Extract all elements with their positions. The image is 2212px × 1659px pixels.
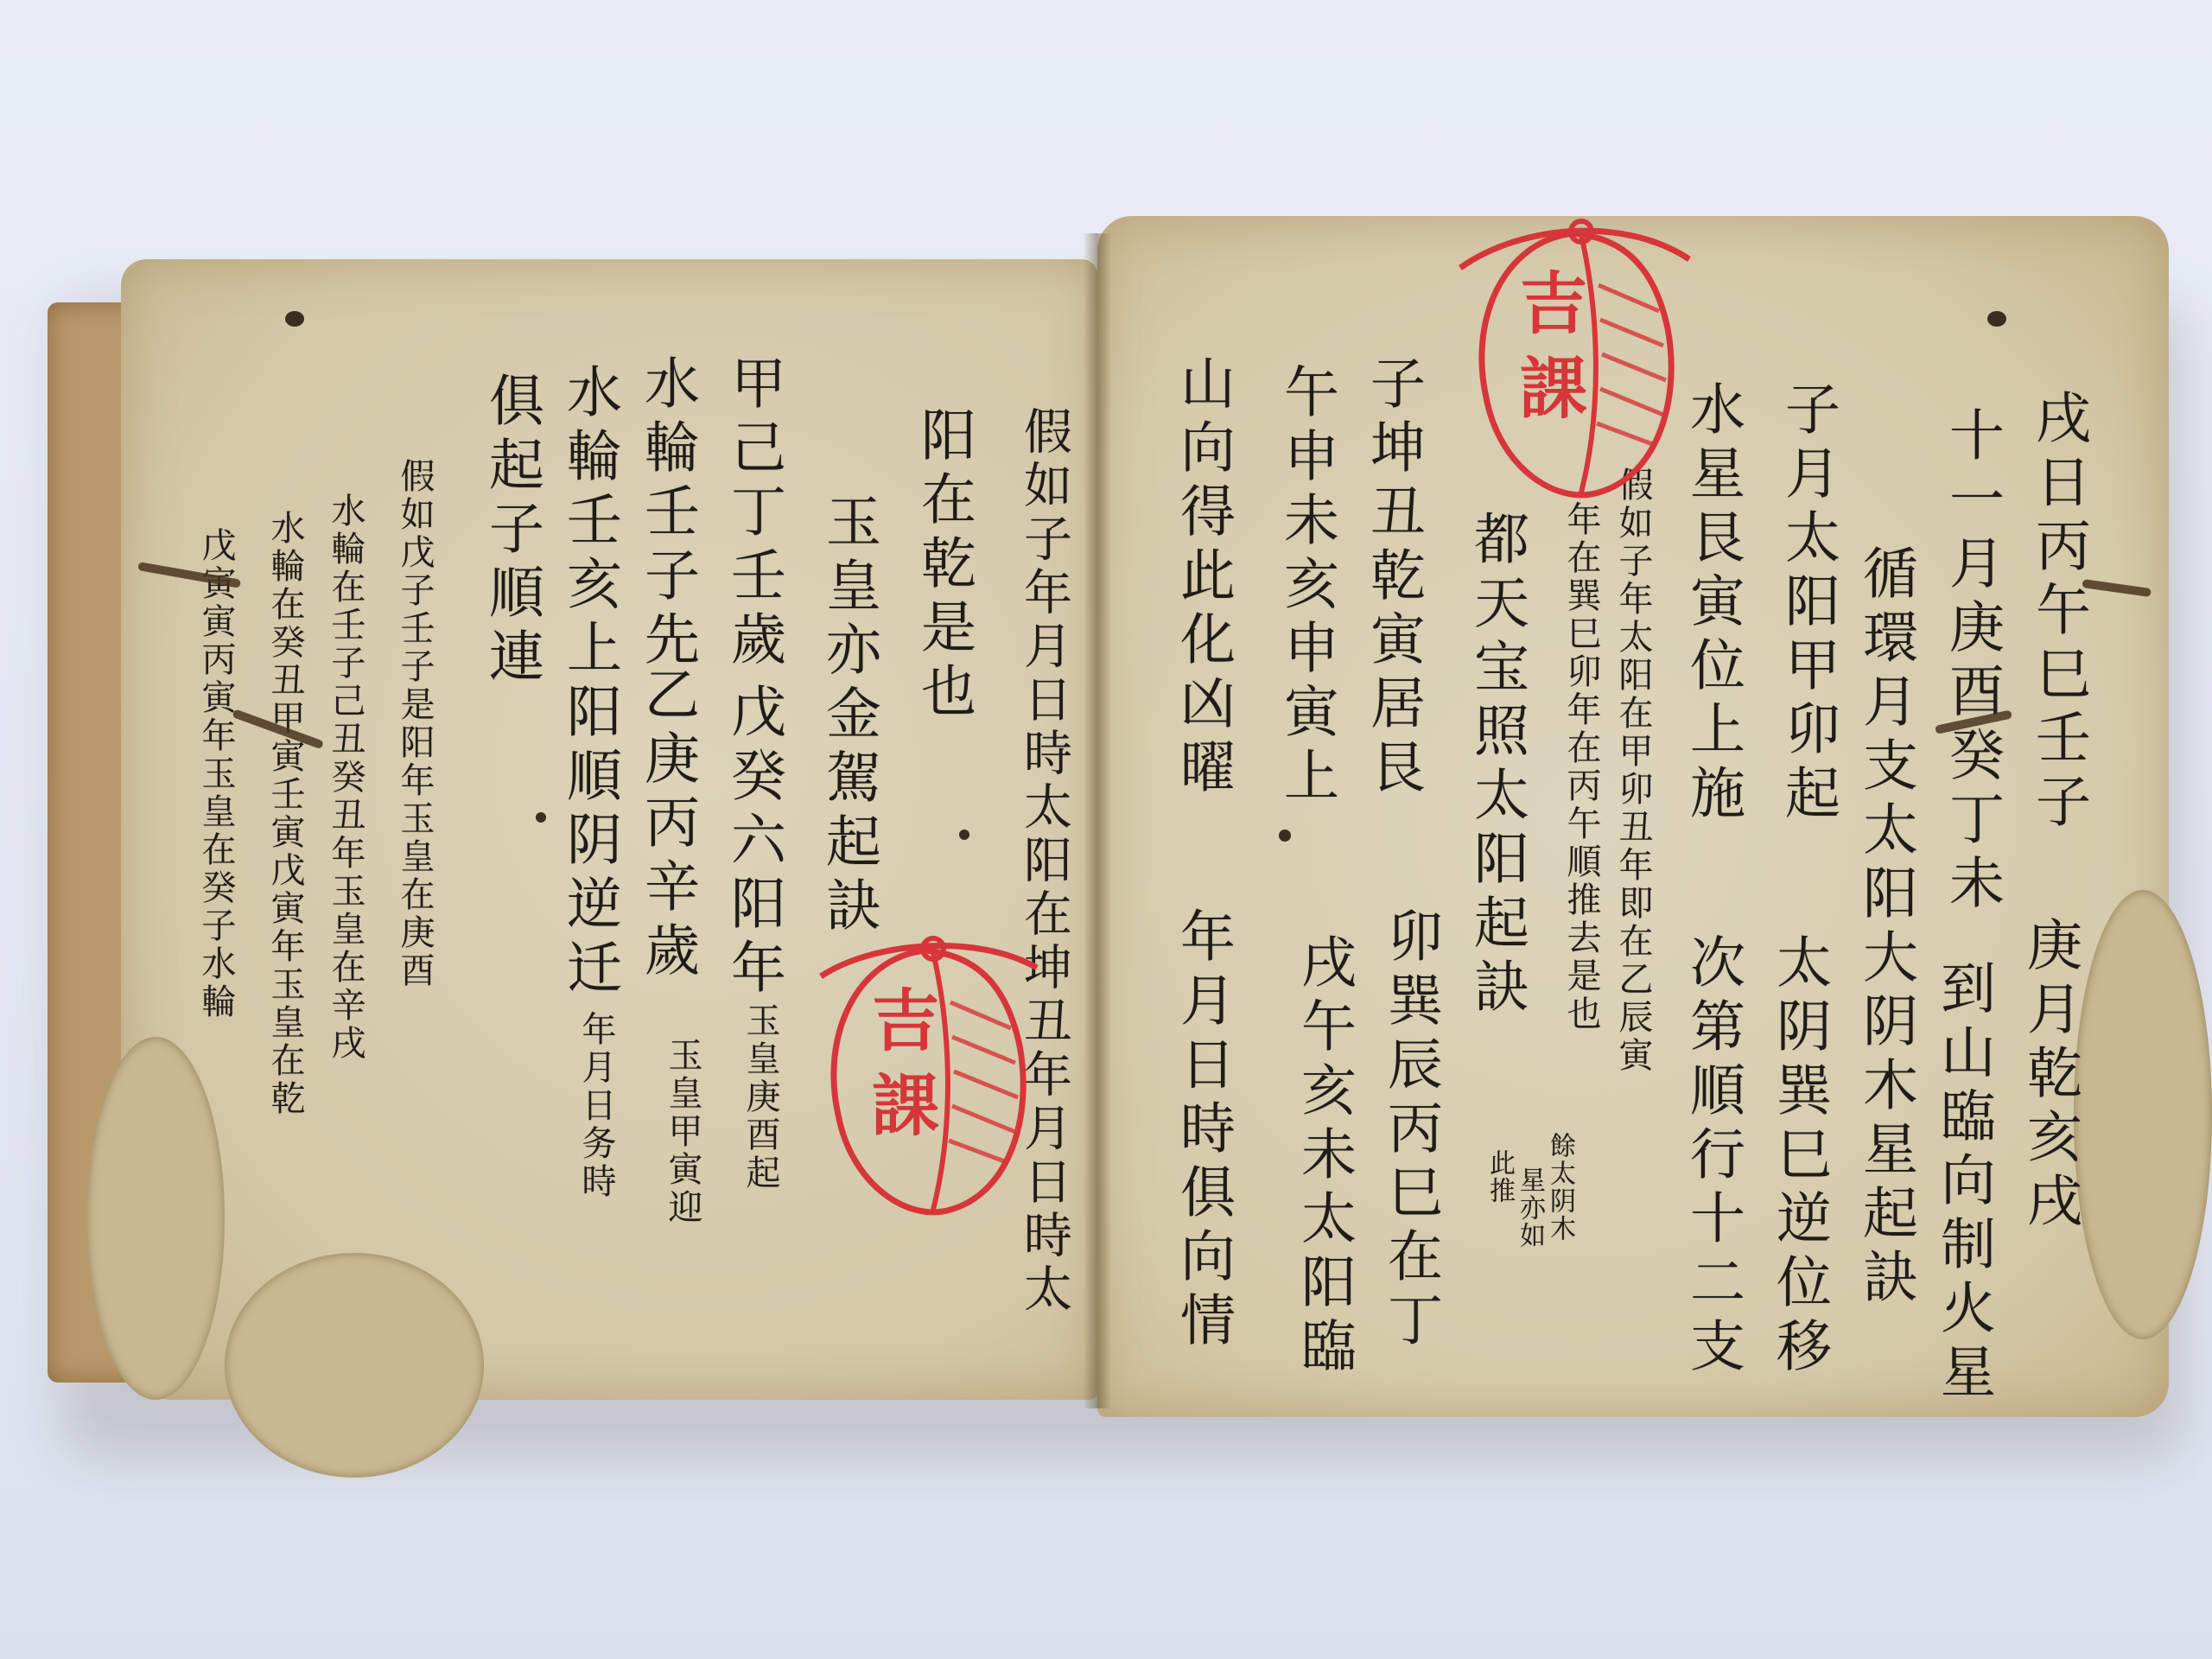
text-column: 戊寅寅丙寅年玉皇在癸子水輪 (199, 527, 233, 1021)
heading-column: 都天宝照太阳起訣 (1469, 510, 1524, 1021)
text-column: 次第順行十二支 (1685, 933, 1740, 1381)
heading-column: 玉皇亦金駕起訣 (821, 493, 876, 940)
text-column: 太阴巽巳逆位移 (1771, 933, 1827, 1381)
text-column: 十一月庚酉癸丁未 (1944, 406, 1999, 918)
wormhole (1279, 829, 1291, 842)
text-column: 庚月乾亥戌 (2022, 916, 2077, 1236)
text-column: 水輪在壬子己丑癸丑年玉皇在辛戌 (328, 493, 363, 1063)
left-page: 假如子年月日時太阳在坤丑年月日時太 阳在乾是也 玉皇亦金駕起訣 玉皇庚酉起 甲己… (121, 259, 1097, 1400)
red-seal-stamp: 吉課 (1452, 207, 1694, 518)
text-column: 山向得此化凶曜 (1175, 354, 1230, 802)
right-page: 戌日丙午巳壬子 十一月庚酉癸丁未 循環月支太阳大阴木星起訣 子月太阳甲卯起 太阴… (1097, 216, 2169, 1417)
text-column: 戌午亥未太阳臨 (1296, 933, 1351, 1381)
text-column: 戊癸六阳年 (726, 683, 781, 1002)
text-column: 子月太阳甲卯起 (1780, 380, 1835, 828)
text-column: 阳在乾是也 (916, 406, 971, 726)
text-column: 年在巽巳卯年在丙午順推去是也 (1564, 501, 1599, 1033)
text-column: 戌日丙午巳壬子 (2031, 389, 2086, 836)
wormhole (285, 311, 304, 327)
seal-text: 吉課 (851, 985, 948, 1154)
annotation-column: 餘太阴木 (1547, 1132, 1573, 1243)
red-seal-stamp: 吉課 (804, 925, 1046, 1236)
text-column: 水輪在癸丑甲寅壬寅戊寅年玉皇在乾 (268, 510, 302, 1118)
text-column: 到山臨向制火星 (1935, 959, 1991, 1407)
torn-edge (225, 1253, 484, 1478)
book-spine-gutter (1084, 233, 1110, 1408)
text-column: 玉皇甲寅迎 (665, 1037, 700, 1227)
torn-edge (2074, 890, 2212, 1339)
heading-column: 循環月支太阳大阴木星起訣 (1858, 544, 1913, 1312)
text-column: 玉皇庚酉起 (743, 1002, 778, 1192)
text-column: 子坤丑乾寅居艮 (1365, 354, 1421, 802)
text-column: 乙庚丙辛歲 (639, 665, 695, 985)
annotation-column: 此推 (1486, 1149, 1512, 1205)
torn-edge (86, 1037, 225, 1400)
text-column: 阳順阴逆迁 (562, 683, 617, 1002)
text-column: 假如戊子壬子是阳年玉皇在庚酉 (397, 458, 432, 990)
text-column: 午申未亥申寅上 (1279, 363, 1334, 810)
wormhole (1987, 311, 2006, 327)
text-column: 年月日务時 (579, 1011, 613, 1201)
text-column: 水輪壬亥上 (562, 363, 617, 683)
wormhole (959, 829, 969, 840)
open-book: 假如子年月日時太阳在坤丑年月日時太 阳在乾是也 玉皇亦金駕起訣 玉皇庚酉起 甲己… (0, 0, 2212, 1659)
annotation-column: 星亦如 (1516, 1166, 1542, 1249)
text-column: 假如子年太阳在甲卯丑年即在乙辰寅 (1616, 467, 1650, 1075)
seal-text: 吉課 (1499, 268, 1596, 437)
text-column: 水輪壬子先 (639, 354, 695, 674)
text-column: 俱起子順連 (484, 372, 539, 691)
text-column: 年月日時俱向情 (1175, 907, 1230, 1355)
text-column: 甲己丁壬歲 (726, 354, 781, 674)
wormhole (536, 812, 546, 823)
text-column: 卯巽辰丙巳在丁 (1382, 907, 1438, 1355)
